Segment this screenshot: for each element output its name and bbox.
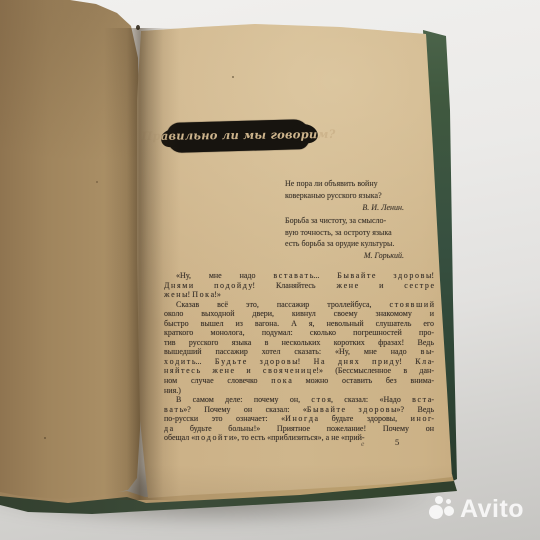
epigraph-lenin: Не пора ли объявить войну коверканью рус…	[285, 178, 404, 214]
avito-wordmark: Avito	[460, 495, 524, 523]
body-line: В самом деле: почему он, с т о я, сказал…	[164, 395, 434, 405]
body-line: н я й т е с ь ж е н е и с в о я ч е н и …	[164, 366, 434, 376]
body-line: краткого монолога, подумал: сколько погр…	[164, 328, 434, 338]
paper-speck	[96, 181, 98, 183]
avito-watermark: Avito	[429, 495, 524, 523]
epigraph-line: коверканью русского языка?	[285, 190, 404, 202]
epigraph-line: вую точность, за остроту языка	[285, 227, 404, 239]
body-line: ния.)	[164, 386, 434, 396]
epigraph-gorky: Борьба за чистоту, за смысло- вую точнос…	[285, 215, 404, 261]
stray-print-mark: е	[361, 439, 364, 448]
body-line: Д н я м и п о д о й д у! Кланяйтесь ж е …	[164, 281, 434, 291]
body-line: около выходной двери, кивнул своему знак…	[164, 309, 434, 319]
paper-speck	[232, 76, 234, 78]
epigraph-line: есть борьба за орудие культуры.	[285, 238, 404, 250]
paper-speck	[44, 437, 46, 439]
avito-logo-icon	[429, 495, 457, 523]
body-text: «Ну, мне надо в с т а в а т ь... Б ы в а…	[164, 271, 434, 443]
body-line: Сказав всё это, пассажир троллейбуса, с …	[164, 300, 434, 310]
epigraph-line: Борьба за чистоту, за смысло-	[285, 215, 404, 227]
avito-dot	[435, 496, 443, 504]
epigraph-attribution: В. И. Ленин.	[285, 202, 404, 214]
epigraph-attribution: М. Горький.	[285, 250, 404, 262]
body-line: вышедший пассажир хотел сказать: «Ну, мн…	[164, 347, 434, 357]
body-line: ном случае словечко п о к а можно остави…	[164, 376, 434, 386]
body-line: «Ну, мне надо в с т а в а т ь... Б ы в а…	[164, 271, 434, 281]
avito-dot	[446, 499, 451, 504]
body-line: быстро вышел из вагона. А я, невольный с…	[164, 319, 434, 329]
body-line: ж е н ы! П о к а!»	[164, 290, 434, 300]
page-number: 5	[395, 437, 399, 447]
title-stamp-text: Правильно ли мы говорим?	[167, 119, 310, 150]
body-line: по-русски это означает: «И н о г д а буд…	[164, 414, 434, 424]
body-line: д а будьте больны!» Приятное пожелание! …	[164, 424, 434, 434]
body-line: в а т ь»? Почему он сказал: «Б ы в а й т…	[164, 405, 434, 415]
avito-dot	[444, 506, 454, 516]
paper-speck	[136, 25, 140, 30]
body-line: обещал «п о д о й т и», то есть «приблиз…	[164, 433, 434, 443]
book-photo: Правильно ли мы говорим? Не пора ли объя…	[0, 0, 540, 540]
avito-dot	[429, 505, 443, 519]
body-line: х о д и т ь... Б у д ь т е з д о р о в ы…	[164, 357, 434, 367]
body-line: тив русского языка в нескольких коротких…	[164, 338, 434, 348]
epigraph-line: Не пора ли объявить войну	[285, 178, 404, 190]
